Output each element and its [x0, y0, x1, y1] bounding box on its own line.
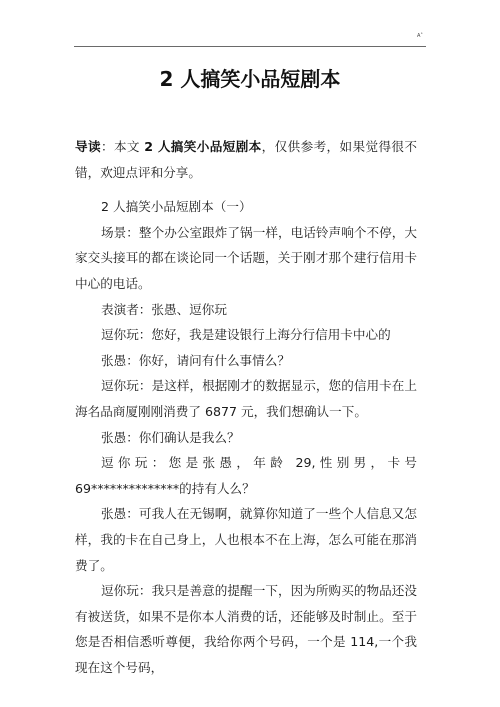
- dialogue-line: 逗你玩：是这样，根据刚才的数据显示，您的信用卡在上海名品商厦刚刚消费了 6877…: [75, 373, 417, 424]
- header-divider: [74, 46, 426, 47]
- dialogue-line: 张愚：你好，请问有什么事情么？: [75, 348, 417, 374]
- lead-bold-title: 2 人搞笑小品短剧本: [144, 139, 261, 154]
- dialogue-line: 逗你玩：您好，我是建设银行上海分行信用卡中心的: [75, 322, 417, 348]
- dialogue-line: 张愚：可我人在无锡啊，就算你知道了一些个人信息又怎样，我的卡在自己身上，人也根本…: [75, 501, 417, 578]
- document-title: 2 人搞笑小品短剧本: [0, 66, 500, 92]
- dialogue-line: 张愚：你们确认是我么？: [75, 425, 417, 451]
- paragraph-performers: 表演者：张愚、逗你玩: [75, 297, 417, 323]
- document-page: A˚ 2 人搞笑小品短剧本 导读：本文 2 人搞笑小品短剧本，仅供参考，如果觉得…: [0, 0, 500, 707]
- dialogue-line: 逗你玩：您是张愚，年龄 29,性别男，卡号 69**************的持…: [75, 450, 417, 501]
- lead-label: 导读: [75, 139, 101, 154]
- document-body: 导读：本文 2 人搞笑小品短剧本，仅供参考，如果觉得很不错，欢迎点评和分享。 2…: [75, 134, 417, 680]
- section-heading: 2 人搞笑小品短剧本（一）: [75, 194, 417, 220]
- lead-prefix: ：本文: [101, 139, 144, 154]
- lead-paragraph: 导读：本文 2 人搞笑小品短剧本，仅供参考，如果觉得很不错，欢迎点评和分享。: [75, 134, 417, 185]
- paragraph-scene: 场景：整个办公室跟炸了锅一样，电话铃声响个不停，大家交头接耳的都在谈论同一个话题…: [75, 220, 417, 297]
- dialogue-line: 逗你玩：我只是善意的提醒一下，因为所购买的物品还没有被送货，如果不是你本人消费的…: [75, 578, 417, 680]
- header-mark: A˚: [417, 33, 423, 39]
